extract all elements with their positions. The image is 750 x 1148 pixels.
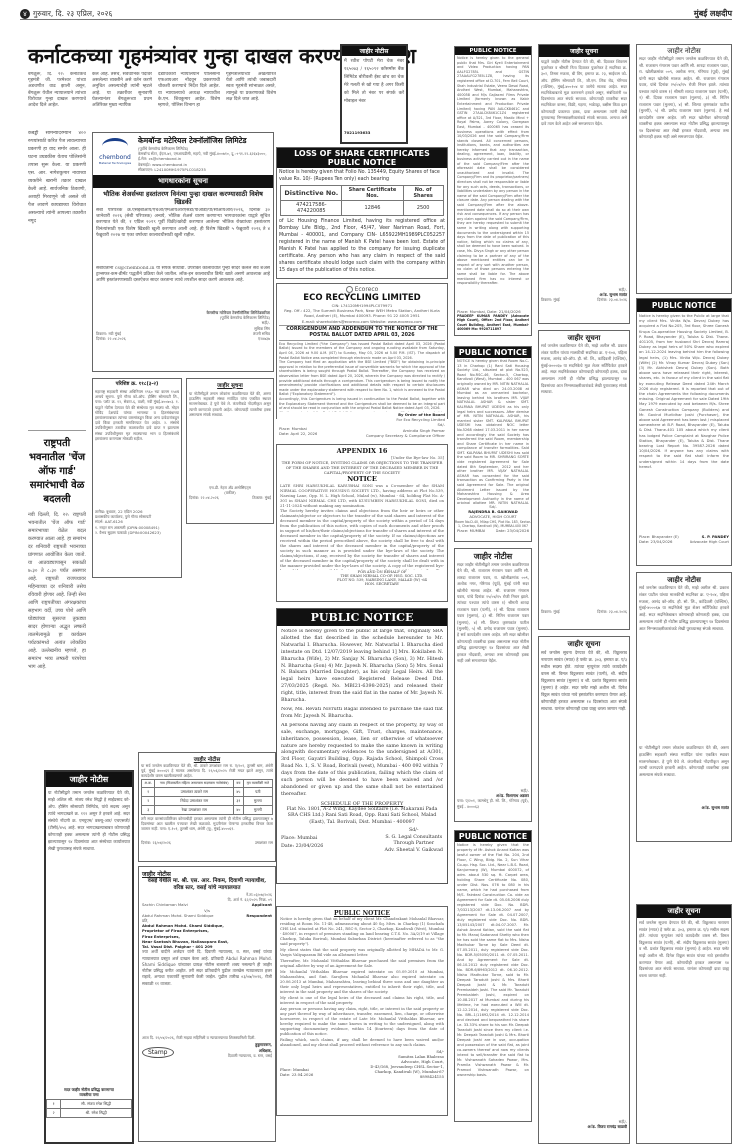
public-notice-business-closure: PUBLIC NOTICE Notice is hereby given to … [454,46,532,336]
eco-recycling-notice: Ecoreco ECO RECYCLING LIMITED CIN: L7412… [276,283,448,419]
jahir-notice-pawar: जाहीर नोटीस सदर जाहीर नोटीसीद्वारे तमाम … [636,44,732,294]
jahir-notice-lost-cheque: जाहीर नोटीस मैं रवीश पोपटी मेरा चेक नंबर… [340,44,408,144]
eco-recycling-signature: Place: Mumbai Date: April 22, 2026 By Or… [277,412,447,440]
swoosh-icon [102,138,128,154]
jahir-notice-col3-middle: जाहीर नोटीस सदर जाहीर नोटीसीद्वारे तमाम … [454,548,532,822]
table-row: २श्री. रमेश सिद्धी [47,1109,132,1118]
lead-col-3: दंडाधिकारी न्यायालयाने पोलिसांना एफआयआर … [158,72,220,130]
court-notice-vasai: जाहीर नोटीस वसई येथील मा. श्री. एस. आर. … [138,866,276,1142]
table-row: १सौ. संजय रमेश सिद्धी [47,1100,132,1109]
side-story-headline: राष्ट्रपती भवनातील 'चेंज ऑफ गार्ड' समारं… [28,437,86,507]
table-row: ३रेखा उमाशंकर राम४०मुलगी [142,806,273,815]
ecoreco-logo: Ecoreco [279,286,445,293]
jahir-notice-col4-lower: जाहीर सूचना सर्व जनतेस कळविण्यात येते की… [538,330,630,630]
public-notice-bharucha: PUBLIC NOTICE Notice is hereby given to … [276,608,448,884]
public-notice-bhavsar: PUBLIC NOTICE Notice is hereby given tha… [276,906,448,1116]
heirs-table-notice: जाहीर नोटीस या सर्व जनतेस कळविण्यात येते… [138,752,276,862]
appendix-16-notice: APPENDIX 16 [Under the Bye-law No. 35] T… [276,444,448,602]
jahir-suchana-mhada: जाहीर सूचना या नोटीसीद्वारे तमाम लोकांना… [186,378,274,524]
chembond-notice: chembond Material Technologies केमबॉन्ड … [92,132,274,372]
jahir-notice-siddhi: जाहीर नोटीस या नोटीसीद्वारे तमाम जनतेस क… [44,770,134,1144]
table-row: 474217586-474220085 12846 2500 [281,201,443,216]
chembond-logo: chembond Material Technologies [96,136,134,172]
table-row: १उमाशंकर ठाकरे राम४५पती [142,788,273,797]
public-notice-kotian: PUBLIC NOTICE Notice is hereby given tha… [454,830,532,1122]
jahir-suchana-col4-bottom: जाहीर सूचना सर्व जनतेस सूचना देण्यात येत… [538,636,630,1144]
chembond-company: केमबॉन्ड मटेरियल टेक्नॉलॉजिस लिमिटेड [138,136,270,146]
society-appendix-notice: परिशिष्ट क्र. ११८(३-२) महाराष्ट्र सहकारी… [92,378,182,578]
chembond-notice-title: भागधारकांना सूचना [93,175,273,188]
table-row: २निवेदा उमाशंकर राम३१मुलगा [142,797,273,806]
lead-col-4: गृहमंत्रालयाच्या अखत्यारित येतो आणि त्या… [226,72,276,130]
share-cert-table: Distinctive No. Share Certificate Nos. N… [280,185,443,216]
ecoreco-logo-icon [346,286,353,293]
loss-of-share-certificates-notice: LOSS OF SHARE CERTIFICATES PUBLIC NOTICE… [276,147,448,279]
jahir-suchana-col5-bottom: जाहीर सूचना सर्व जनतेस सूचना देण्यात येत… [636,904,732,1144]
newspaper-brand: मुंबई लक्षदीप [694,8,732,19]
side-story: राष्ट्रपती भवनातील 'चेंज ऑफ गार्ड' समारं… [28,430,86,690]
jahir-notice-col5-middle: जाहीर नोटीस सर्व जनतेस कळविण्यात येते की… [636,572,732,842]
lead-col-1: बेंगळुरू, दि. २२: कर्नाटकचे गृहमंत्री जी… [28,72,86,130]
lead-col-2: केले आहे. तसेच, संवैधानिक पदावर असलेल्या… [92,72,152,130]
page-number-badge: ४ [20,9,30,19]
jahir-suchana-col3: जाहीर सूचना याद्वारे जाहीर नोटीस देण्यात… [538,44,630,324]
date-line: ४गुरुवार, दि. २३ एप्रिल, २०२६ [20,9,112,19]
page-header: ४गुरुवार, दि. २३ एप्रिल, २०२६ मुंबई लक्ष… [20,8,732,20]
heirs-table: अ.क्र. नाव (मिळकतीत महिला असल्यास सदस्या… [141,779,273,815]
court-stamp: Stamp [142,1047,174,1058]
lead-col-1-continued: कबड्डी सामन्यादरम्यान ४०० रुपयांसाठी करि… [28,130,86,428]
public-notice-ashar: PUBLIC NOTICE NOTICE is hereby given tha… [454,346,532,542]
side-story-body: नवी दिल्ली, दि. २२: राष्ट्रपती भवनातील '… [28,511,86,691]
public-notice-dubey: PUBLIC NOTICE Notice is hereby given to … [636,298,732,566]
chembond-subtitle: भौतिक शेअर्सच्या हस्तांतरण विनंत्या पुन्… [96,190,270,206]
